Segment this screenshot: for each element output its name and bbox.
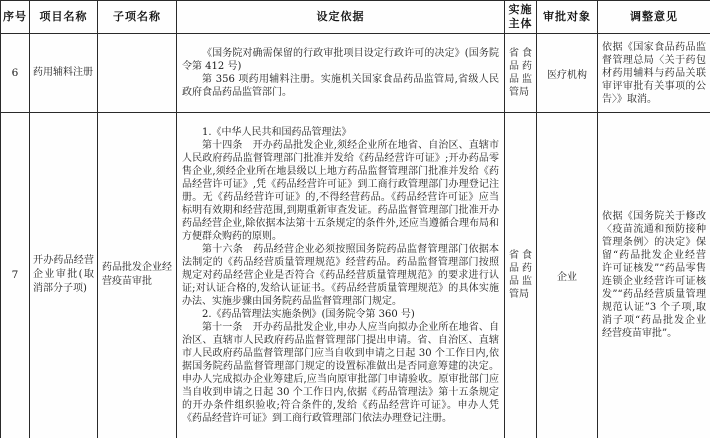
header-setting-basis: 设定依据	[177, 1, 505, 34]
row7-adjustment-opinion: 依据《国务院关于修改〈疫苗流通和预防接种管理条例〉的决定》保留“药品批发企业经营…	[598, 113, 710, 438]
header-project-name: 项目名称	[30, 1, 98, 34]
row7-project-name: 开办药品经营企业审批(取消部分子项)	[30, 113, 98, 438]
header-approval-target: 审批对象	[537, 1, 598, 34]
row6-approval-target: 医疗机构	[537, 34, 598, 113]
row7-basis-paragraph-5: 第十一条 开办药品批发企业,申办人应当向拟办企业所在地省、自治区、直辖市人民政府…	[182, 321, 499, 425]
row7-basis-paragraph-2: 第十四条 开办药品批发企业,须经企业所在地省、自治区、直辖市人民政府药品监督管理…	[182, 139, 499, 243]
row6-setting-basis: 《国务院对确需保留的行政审批项目设定行政许可的决定》(国务院令第 412 号) …	[177, 34, 505, 113]
row6-basis-paragraph-2: 第 356 项药用辅料注册。实施机关国家食品药品监管局,省级人民政府食品药品监管…	[182, 73, 499, 99]
table-row-7: 7 开办药品经营企业审批(取消部分子项) 药品批发企业经营疫苗审批 1.《中华人…	[1, 113, 710, 438]
row7-approval-target: 企业	[537, 113, 598, 438]
row7-basis-paragraph-1: 1.《中华人民共和国药品管理法》	[182, 126, 499, 139]
header-seq: 序号	[1, 1, 30, 34]
row6-adjustment-opinion: 依据《国家食品药品监督管理总局〈关于药包材药用辅料与药品关联审评审批有关事项的公…	[598, 34, 710, 113]
row6-basis-paragraph-1: 《国务院对确需保留的行政审批项目设定行政许可的决定》(国务院令第 412 号)	[182, 47, 499, 73]
table-header-row: 序号 项目名称 子项名称 设定依据 实施主体 审批对象 调整意见	[1, 1, 710, 34]
table-row-6: 6 药用辅料注册 《国务院对确需保留的行政审批项目设定行政许可的决定》(国务院令…	[1, 34, 710, 113]
header-adjustment-opinion: 调整意见	[598, 1, 710, 34]
header-subitem-name: 子项名称	[98, 1, 177, 34]
header-implementer: 实施主体	[505, 1, 537, 34]
row6-project-name: 药用辅料注册	[30, 34, 98, 113]
row7-implementer: 省食品药品监管局	[505, 113, 537, 438]
row6-implementer: 省食品药品监管局	[505, 34, 537, 113]
row7-setting-basis: 1.《中华人民共和国药品管理法》 第十四条 开办药品批发企业,须经企业所在地省、…	[177, 113, 505, 438]
row7-basis-paragraph-3: 第十六条 药品经营企业必须按照国务院药品监督管理部门依据本法制定的《药品经营质量…	[182, 243, 499, 308]
row6-subitem-name	[98, 34, 177, 113]
row7-subitem-name: 药品批发企业经营疫苗审批	[98, 113, 177, 438]
approval-items-table: 序号 项目名称 子项名称 设定依据 实施主体 审批对象 调整意见 6 药用辅料注…	[0, 0, 710, 438]
row6-seq: 6	[1, 34, 30, 113]
row7-basis-paragraph-4: 2.《药品管理法实施条例》(国务院令第 360 号)	[182, 308, 499, 321]
row7-seq: 7	[1, 113, 30, 438]
